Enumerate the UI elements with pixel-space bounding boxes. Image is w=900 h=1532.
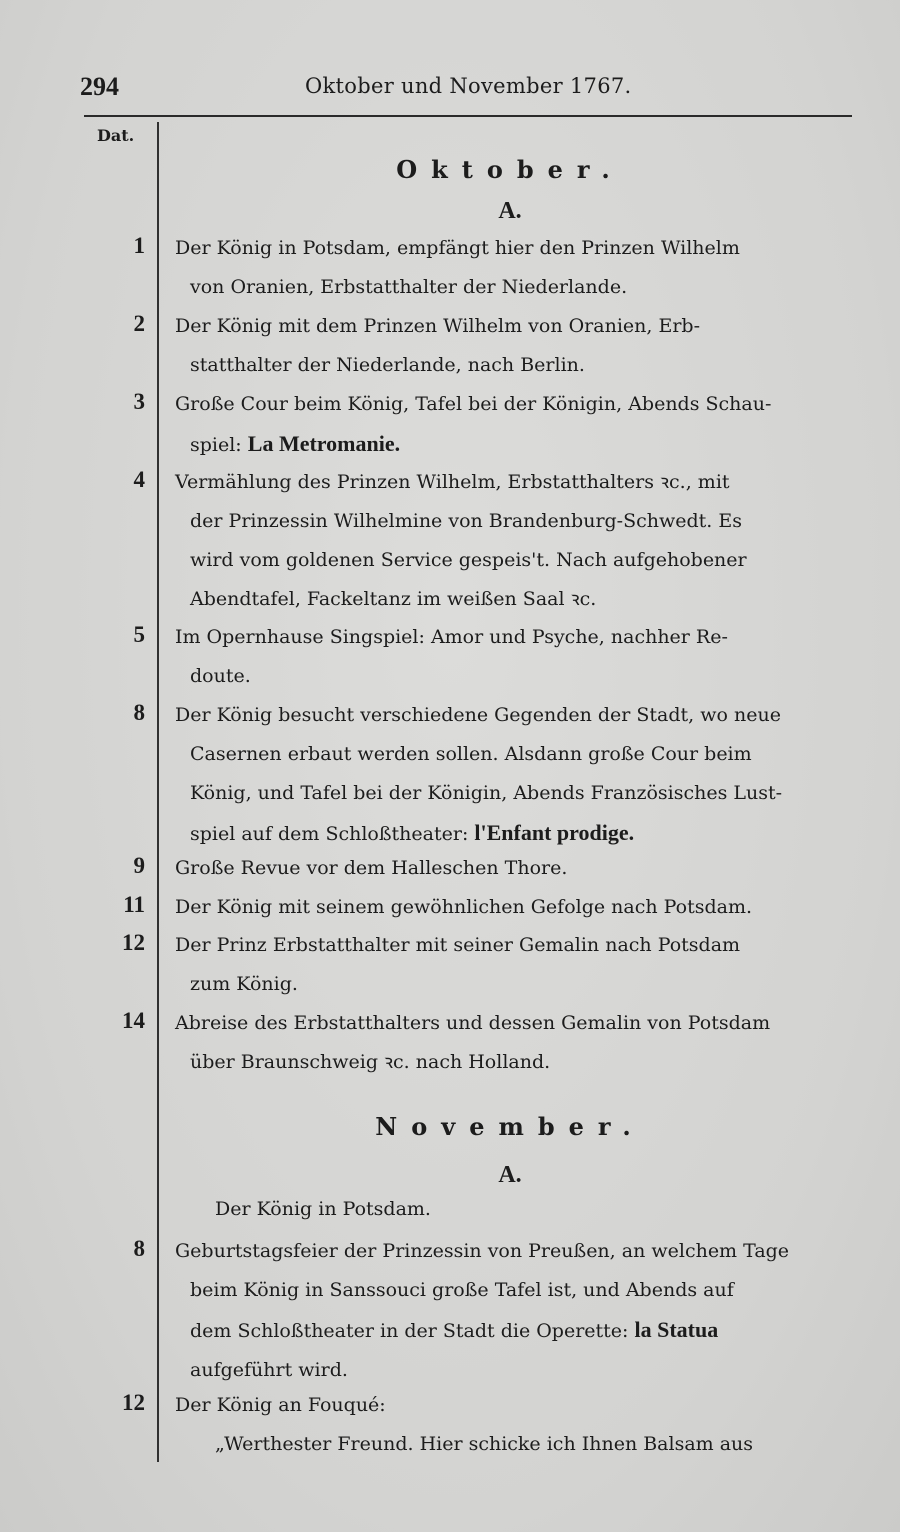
entry-day: 4 — [85, 467, 145, 493]
date-column-label: Dat. — [97, 126, 134, 145]
entry-day: 9 — [85, 853, 145, 879]
entry-line: Der König mit seinem gewöhnlichen Gefolg… — [175, 888, 855, 927]
entry-day: 8 — [85, 1236, 145, 1262]
entry-line: Geburtstagsfeier der Prinzessin von Preu… — [175, 1232, 855, 1271]
play-title: La Metromanie. — [248, 431, 400, 456]
entry-line: König, und Tafel bei der Königin, Abends… — [175, 774, 855, 813]
page-header: 294 Oktober und November 1767. — [80, 70, 860, 110]
date-column-rule — [157, 122, 159, 1462]
entry-line: der Prinzessin Wilhelmine von Brandenbur… — [175, 502, 855, 541]
entry-line: „Werthester Freund. Hier schicke ich Ihn… — [175, 1425, 855, 1464]
entry-day: 12 — [85, 1390, 145, 1416]
entry-line: doute. — [175, 657, 855, 696]
november-intro: Der König in Potsdam. — [215, 1198, 431, 1220]
entry-line: Casernen erbaut werden sollen. Alsdann g… — [175, 735, 855, 774]
entry-line: Der König mit dem Prinzen Wilhelm von Or… — [175, 307, 855, 346]
entry-line: Der König besucht verschiedene Gegenden … — [175, 696, 855, 735]
entry-line: Der König an Fouqué: — [175, 1386, 855, 1425]
play-title: la Statua — [635, 1317, 719, 1342]
entry-day: 14 — [85, 1008, 145, 1034]
entry-line: Große Revue vor dem Halleschen Thore. — [175, 849, 855, 888]
running-title: Oktober und November 1767. — [305, 74, 632, 98]
entry-day: 5 — [85, 622, 145, 648]
entry-line: Im Opernhause Singspiel: Amor und Psyche… — [175, 618, 855, 657]
entry-line: beim König in Sanssouci große Tafel ist,… — [175, 1271, 855, 1310]
month-heading-november: November. — [160, 1112, 860, 1141]
header-rule — [84, 115, 852, 117]
entry-day: 1 — [85, 233, 145, 259]
month-heading-october: Oktober. — [160, 155, 860, 184]
entry-line: dem Schloßtheater in der Stadt die Opere… — [190, 1320, 635, 1342]
entry-line: über Braunschweig ꝛc. nach Holland. — [175, 1043, 855, 1082]
entry-line: spiel auf dem Schloßtheater: — [190, 823, 474, 845]
entry-line: spiel: — [190, 434, 248, 456]
entry-line: Der Prinz Erbstatthalter mit seiner Gema… — [175, 926, 855, 965]
section-letter-november: A. — [160, 1162, 860, 1189]
entry-line: Abendtafel, Fackeltanz im weißen Saal ꝛc… — [175, 580, 855, 619]
entry-day: 2 — [85, 311, 145, 337]
entry-day: 12 — [85, 930, 145, 956]
entry-line: Vermählung des Prinzen Wilhelm, Erbstatt… — [175, 463, 855, 502]
entry-line: zum König. — [175, 965, 855, 1004]
page-number: 294 — [80, 72, 119, 102]
entry-line: Große Cour beim König, Tafel bei der Kön… — [175, 385, 855, 424]
entry-line: von Oranien, Erbstatthalter der Niederla… — [175, 268, 855, 307]
play-title: l'Enfant prodige. — [474, 820, 634, 845]
entry-line: aufgeführt wird. — [175, 1351, 855, 1390]
entry-line: statthalter der Niederlande, nach Berlin… — [175, 346, 855, 385]
entry-line: wird vom goldenen Service gespeis't. Nac… — [175, 541, 855, 580]
entry-day: 3 — [85, 389, 145, 415]
entry-line: Abreise des Erbstatthalters und dessen G… — [175, 1004, 855, 1043]
entry-day: 11 — [85, 892, 145, 918]
section-letter-october: A. — [160, 198, 860, 225]
entry-line: Der König in Potsdam, empfängt hier den … — [175, 229, 855, 268]
book-page: 294 Oktober und November 1767. Dat. Okto… — [0, 0, 900, 1532]
entry-day: 8 — [85, 700, 145, 726]
